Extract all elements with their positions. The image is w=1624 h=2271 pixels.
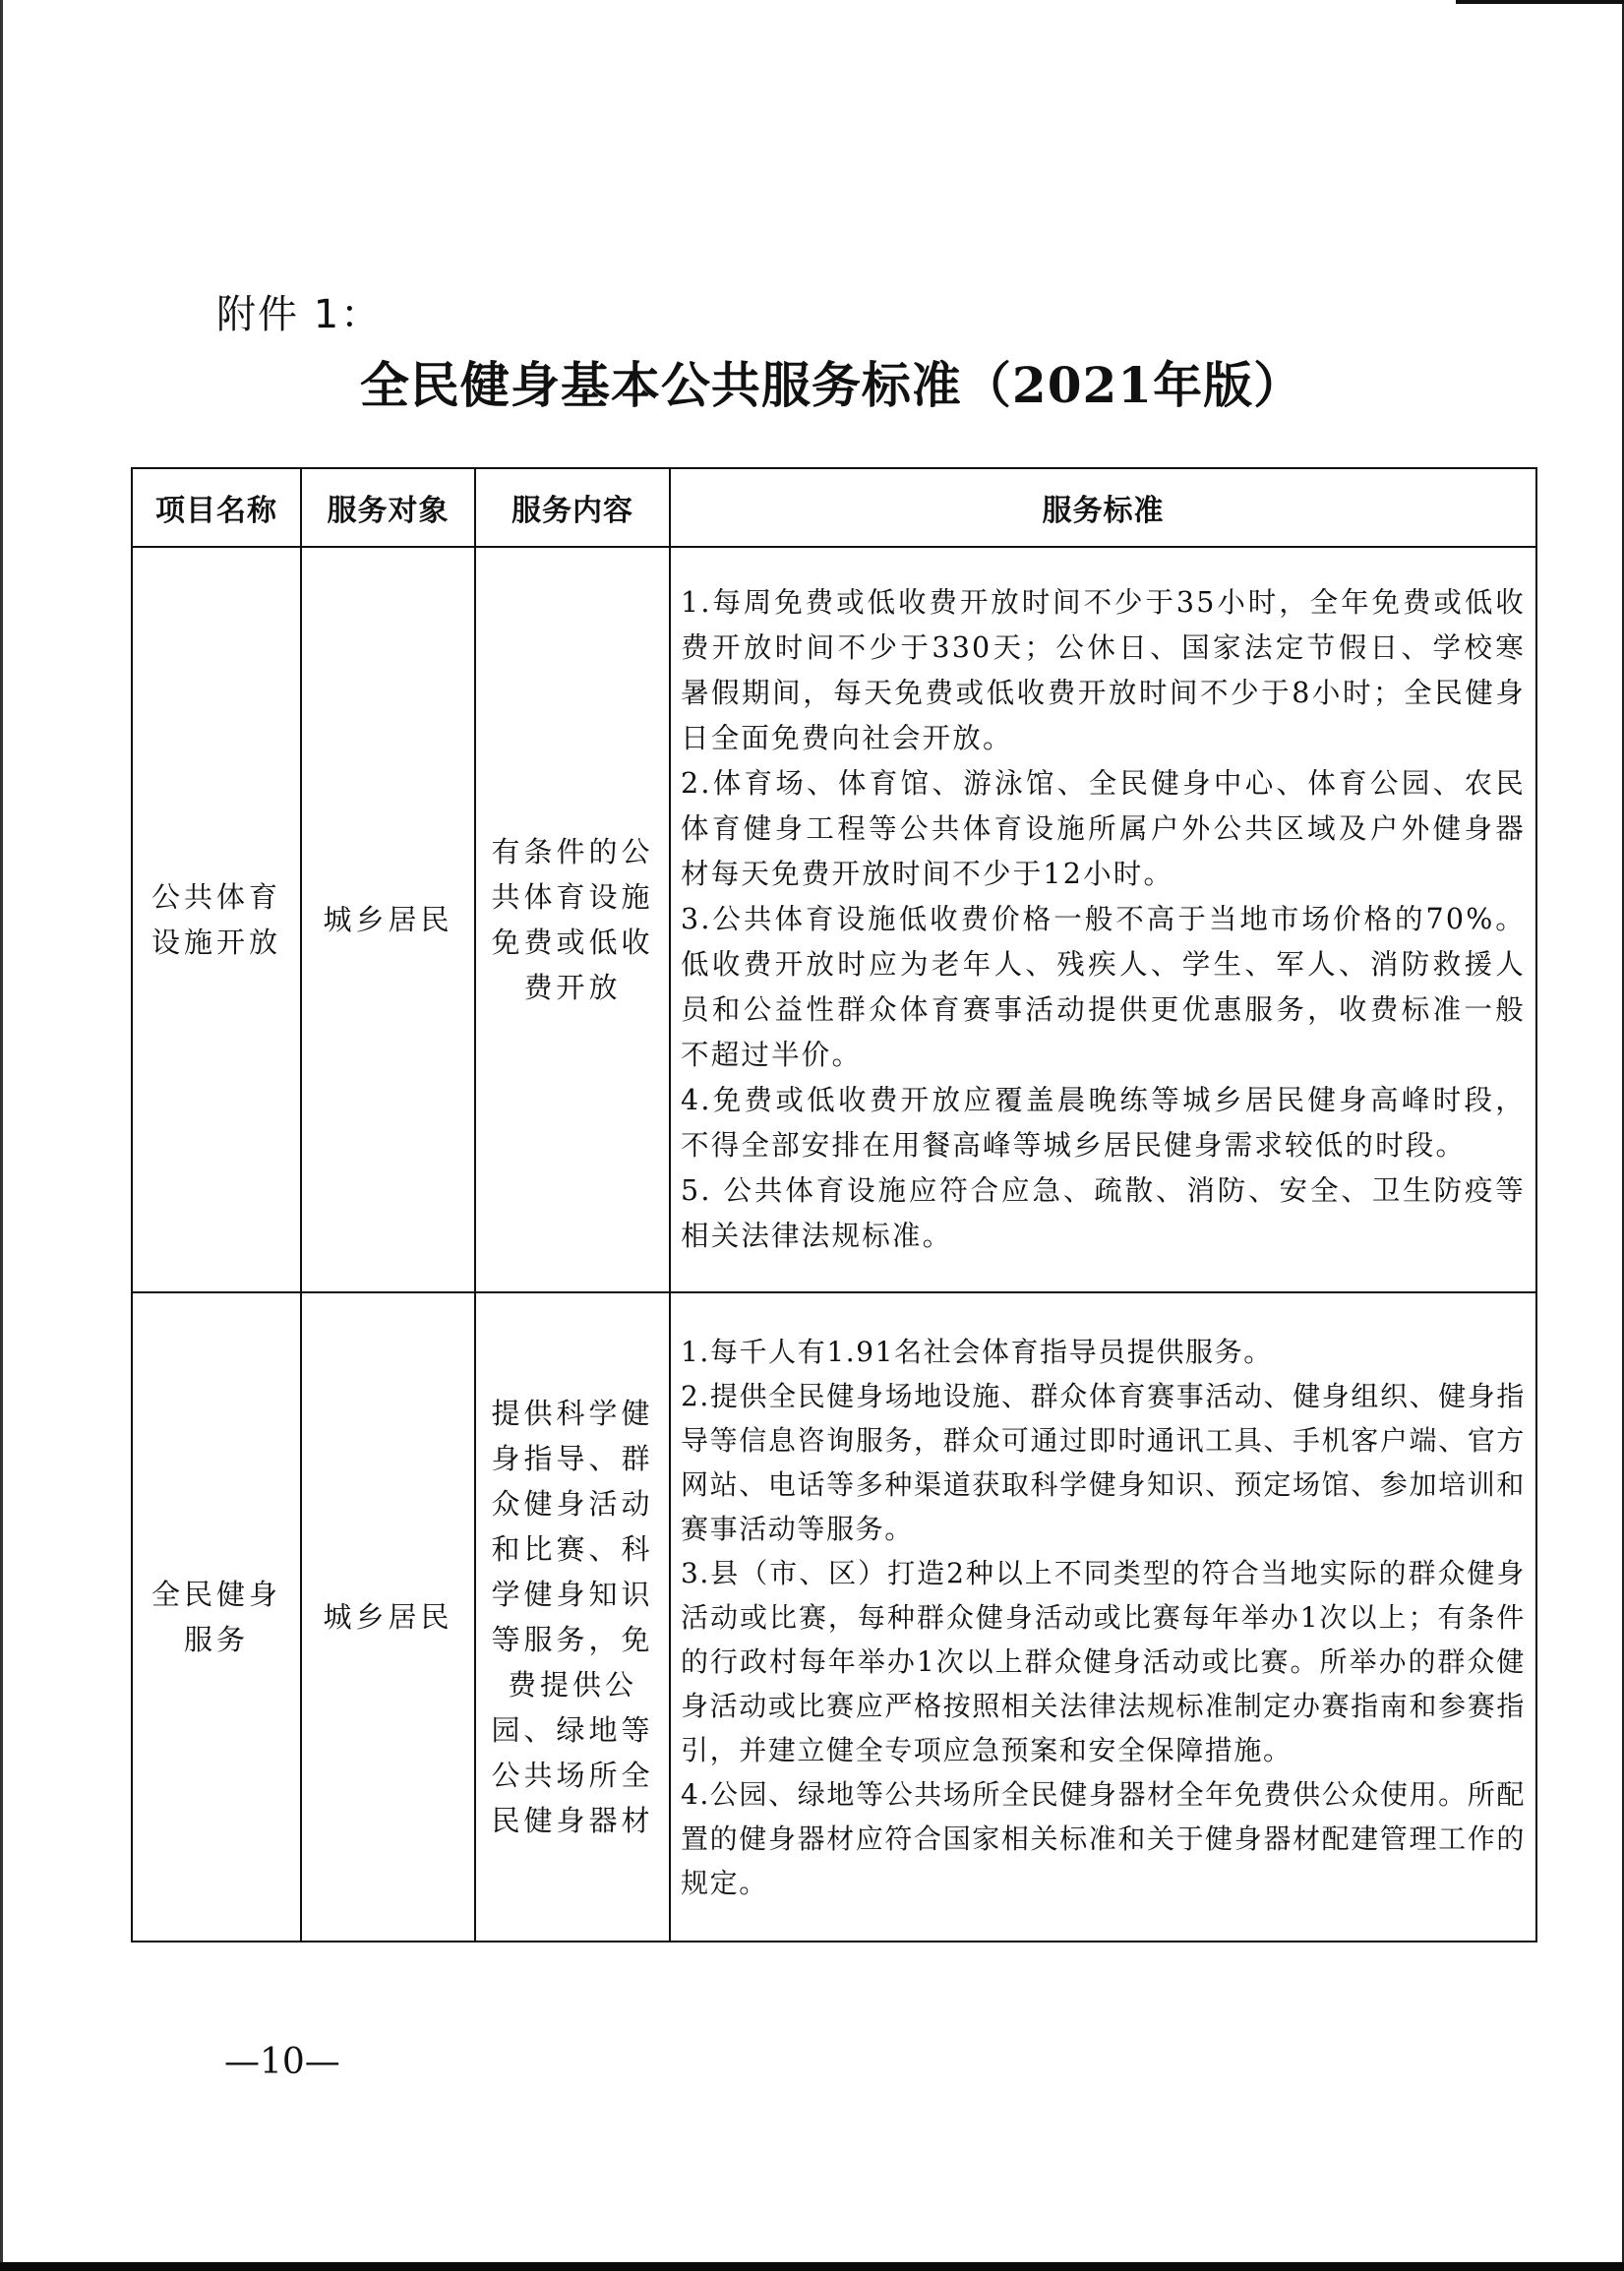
service-content-line: 费开放 — [486, 965, 659, 1010]
service-content-cell: 有条件的公 共体育设施 免费或低收 费开放 — [475, 547, 670, 1292]
page-edge-bottom — [0, 2262, 1624, 2271]
standard-item: 4.免费或低收费开放应覆盖晨晚练等城乡居民健身高峰时段，不得全部安排在用餐高峰等… — [681, 1078, 1526, 1168]
service-standards-table: 项目名称 服务对象 服务内容 服务标准 公共体育 设施开放 城乡居民 有条件的公… — [131, 467, 1537, 1942]
standard-item: 2.提供全民健身场地设施、群众体育赛事活动、健身组织、健身指导等信息咨询服务，群… — [681, 1374, 1526, 1551]
service-content-line: 学健身知识 — [486, 1572, 659, 1617]
service-content-line: 身指导、群 — [486, 1436, 659, 1481]
service-content-line: 园、绿地等 — [486, 1707, 659, 1753]
service-target-text: 城乡居民 — [312, 897, 464, 942]
service-content-line: 等服务，免 — [486, 1617, 659, 1662]
project-name-line: 设施开放 — [143, 920, 290, 965]
standard-item: 4.公园、绿地等公共场所全民健身器材全年免费供公众使用。所配置的健身器材应符合国… — [681, 1772, 1526, 1905]
project-name-line: 全民健身 — [143, 1572, 290, 1617]
service-target-cell: 城乡居民 — [301, 1292, 475, 1942]
header-service-standard: 服务标准 — [670, 468, 1536, 547]
standard-item: 3.公共体育设施低收费价格一般不高于当地市场价格的70%。低收费开放时应为老年人… — [681, 897, 1526, 1078]
header-service-target: 服务对象 — [301, 468, 475, 547]
table-row: 全民健身 服务 城乡居民 提供科学健 身指导、群 众健身活动 和比赛、科 学健身… — [132, 1292, 1536, 1942]
project-name-cell: 全民健身 服务 — [132, 1292, 301, 1942]
service-content-line: 免费或低收 — [486, 920, 659, 965]
service-target-text: 城乡居民 — [312, 1594, 464, 1640]
service-content-line: 有条件的公 — [486, 829, 659, 874]
standard-item: 1.每千人有1.91名社会体育指导员提供服务。 — [681, 1330, 1526, 1374]
attachment-label: 附件 1： — [216, 283, 382, 339]
page-edge-top — [1456, 0, 1624, 4]
service-target-cell: 城乡居民 — [301, 547, 475, 1292]
service-content-line: 众健身活动 — [486, 1481, 659, 1526]
standard-item: 1.每周免费或低收费开放时间不少于35小时，全年免费或低收费开放时间不少于330… — [681, 580, 1526, 761]
table-row: 公共体育 设施开放 城乡居民 有条件的公 共体育设施 免费或低收 费开放 1.每… — [132, 547, 1536, 1292]
service-content-line: 提供科学健 — [486, 1391, 659, 1436]
service-content-line: 民健身器材 — [486, 1798, 659, 1843]
service-content-line: 公共场所全 — [486, 1753, 659, 1798]
service-content-cell: 提供科学健 身指导、群 众健身活动 和比赛、科 学健身知识 等服务，免 费提供公… — [475, 1292, 670, 1942]
service-standard-cell: 1.每周免费或低收费开放时间不少于35小时，全年免费或低收费开放时间不少于330… — [670, 547, 1536, 1292]
page-title: 全民健身基本公共服务标准（2021年版） — [0, 346, 1624, 417]
service-content-line: 和比赛、科 — [486, 1526, 659, 1572]
page-edge-left — [0, 0, 3, 2271]
project-name-cell: 公共体育 设施开放 — [132, 547, 301, 1292]
project-name-line: 公共体育 — [143, 874, 290, 920]
standard-item: 5. 公共体育设施应符合应急、疏散、消防、安全、卫生防疫等相关法律法规标准。 — [681, 1168, 1526, 1259]
page-number: —10— — [224, 2042, 340, 2082]
service-content-line: 共体育设施 — [486, 874, 659, 920]
table-header-row: 项目名称 服务对象 服务内容 服务标准 — [132, 468, 1536, 547]
standard-item: 3.县（市、区）打造2种以上不同类型的符合当地实际的群众健身活动或比赛，每种群众… — [681, 1551, 1526, 1772]
project-name-line: 服务 — [143, 1617, 290, 1662]
standard-item: 2.体育场、体育馆、游泳馆、全民健身中心、体育公园、农民体育健身工程等公共体育设… — [681, 761, 1526, 897]
header-project-name: 项目名称 — [132, 468, 301, 547]
service-standard-cell: 1.每千人有1.91名社会体育指导员提供服务。 2.提供全民健身场地设施、群众体… — [670, 1292, 1536, 1942]
header-service-content: 服务内容 — [475, 468, 670, 547]
service-content-line: 费提供公 — [486, 1662, 659, 1707]
